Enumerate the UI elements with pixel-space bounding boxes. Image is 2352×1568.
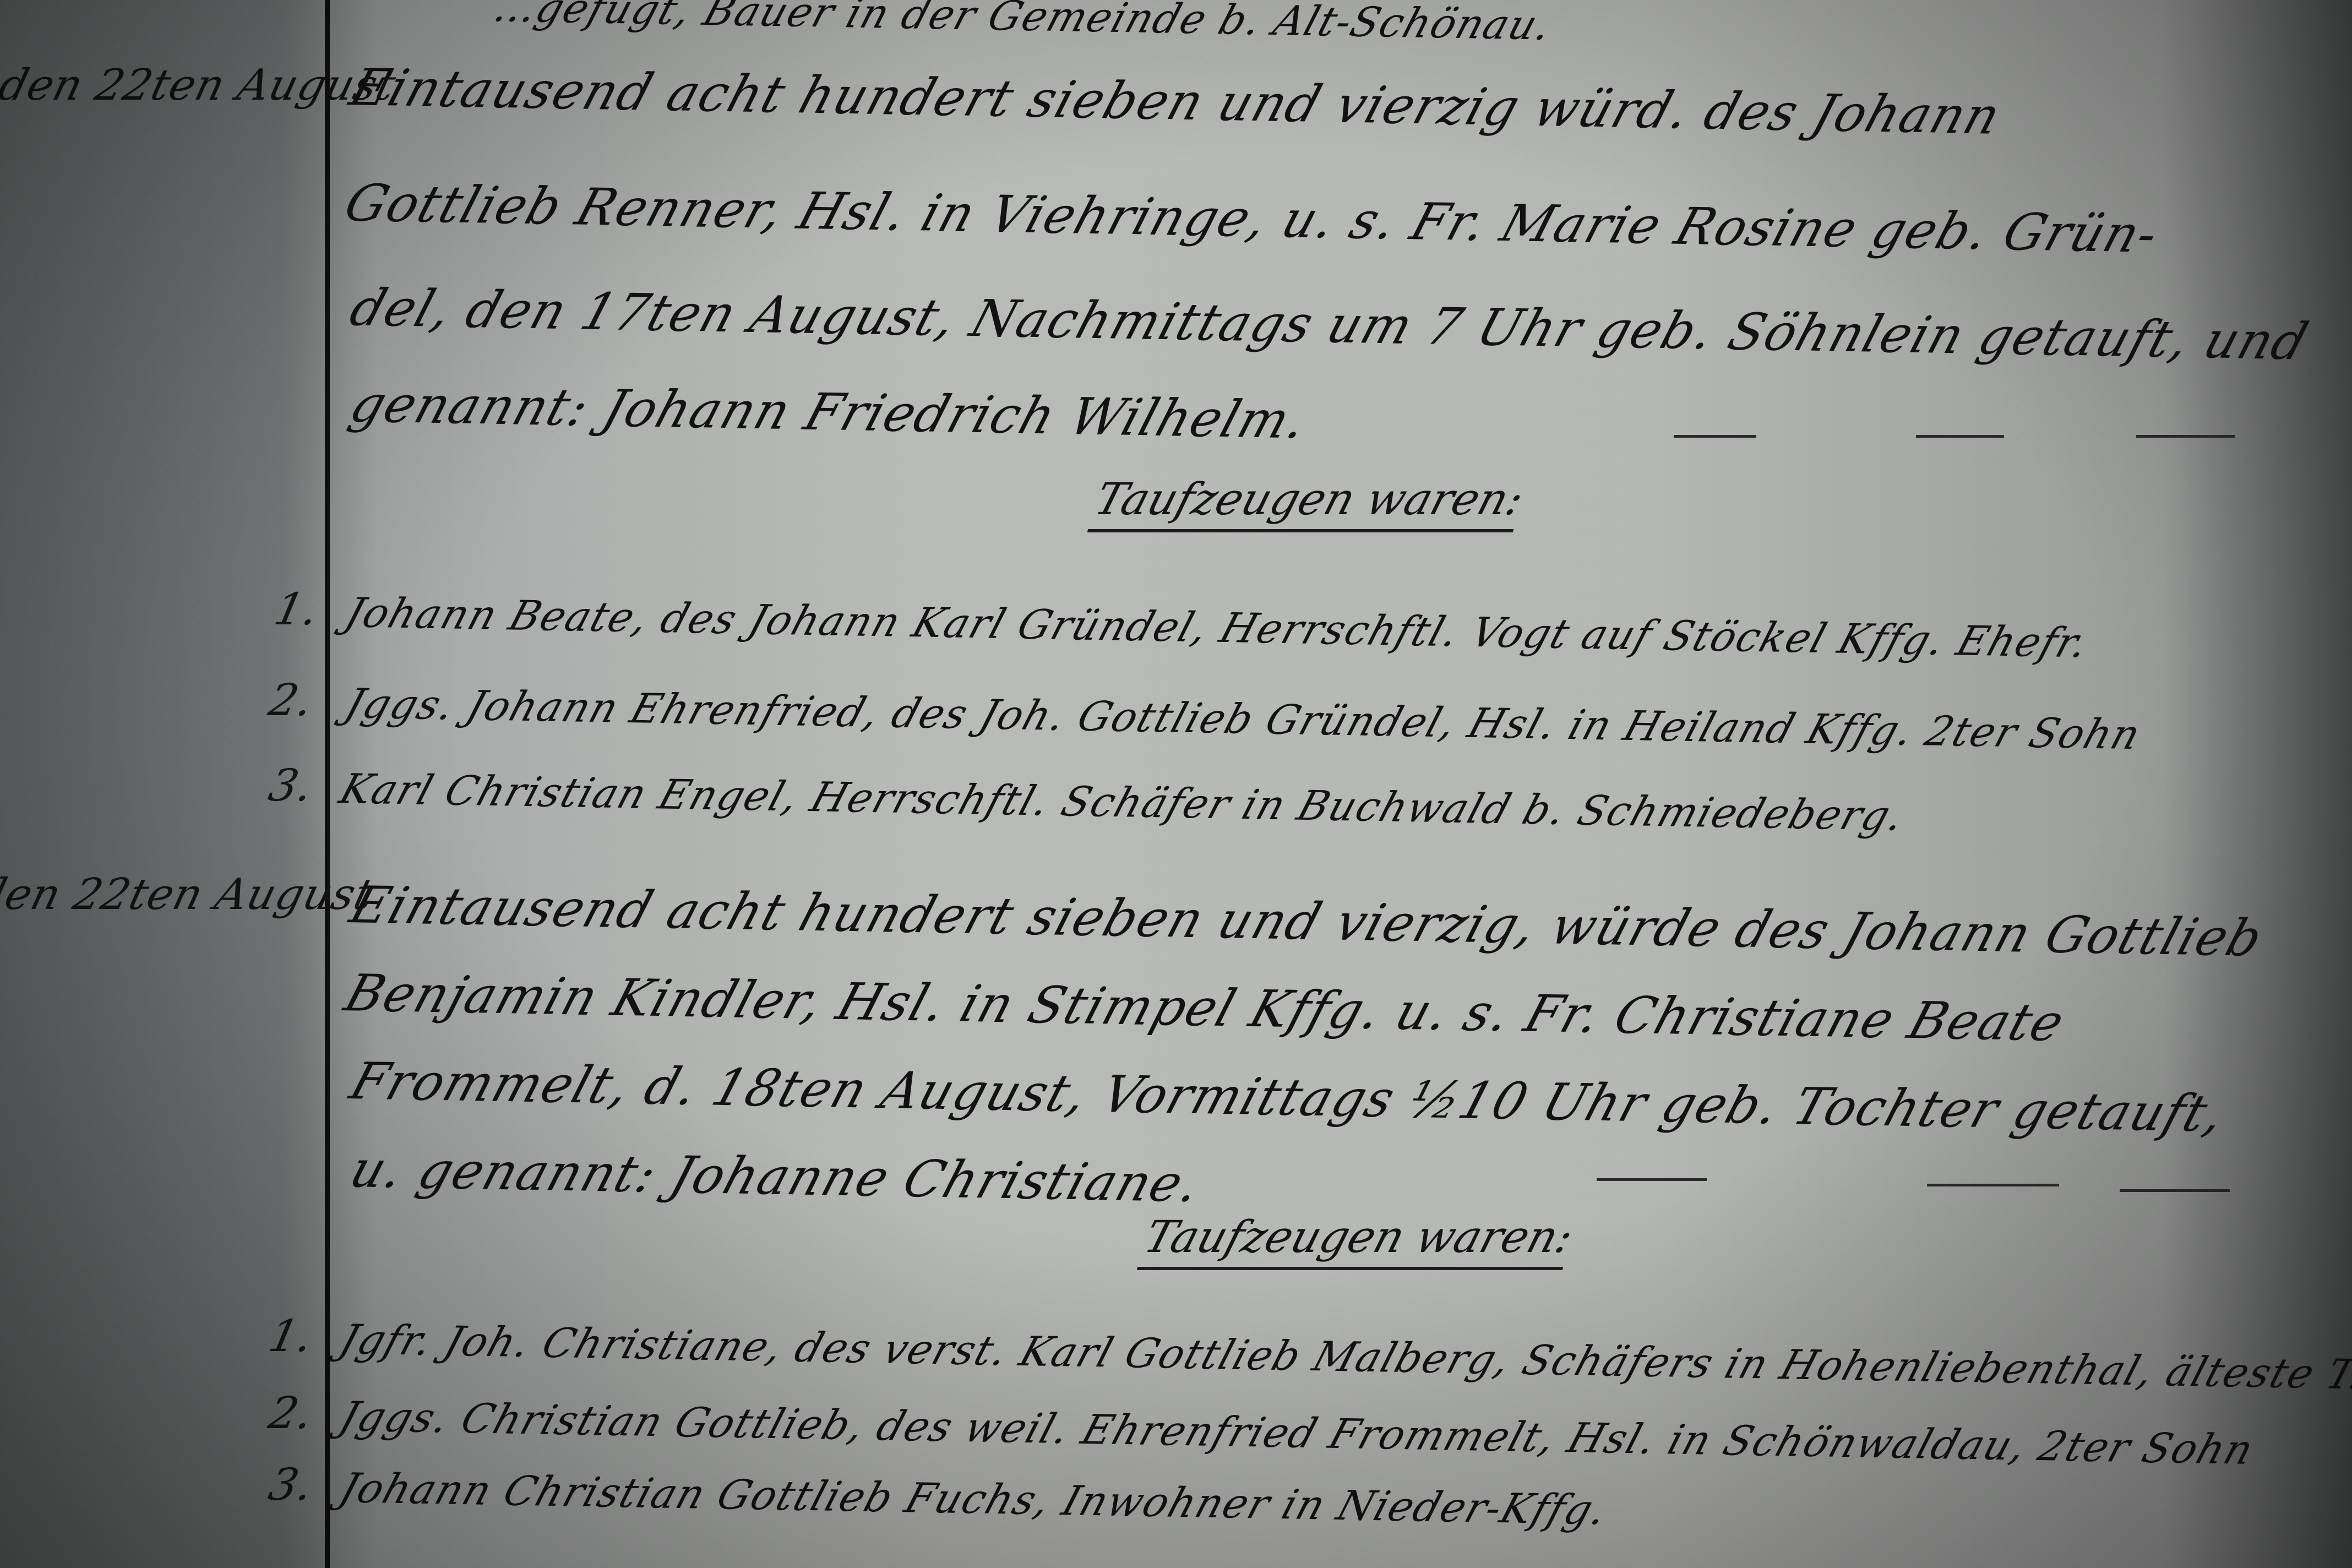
entry-2-witness-heading: Taufzeugen waren:	[1137, 1211, 1579, 1270]
witness-number: 1.	[270, 584, 323, 635]
filler-dash	[1927, 1184, 2059, 1186]
entry-2-line-4: u. genannt: Johanne Christiane.	[344, 1140, 1208, 1213]
entry-2-witness-3: Johann Christian Gottlieb Fuchs, Inwohne…	[334, 1464, 1614, 1534]
entry-2-line-1: Eintausend acht hundert sieben und vierz…	[344, 875, 2271, 968]
entry-1-date: den 22ten August	[0, 61, 401, 110]
entry-1-line-1: Eintausend acht hundert sieben und vierz…	[344, 58, 2008, 145]
entry-1-witness-heading: Taufzeugen waren:	[1087, 473, 1529, 532]
witness-number: 1.	[264, 1310, 317, 1362]
entry-2-line-2: Benjamin Kindler, Hsl. in Stimpel Kffg. …	[338, 963, 2072, 1053]
register-page: …gefügt, Bauer in der Gemeinde b. Alt-Sc…	[0, 0, 2352, 1568]
filler-dash	[1597, 1178, 1707, 1181]
witness-number: 2.	[264, 1387, 317, 1439]
filler-dash	[1916, 435, 2004, 438]
entry-2-date: den 22ten August	[0, 870, 379, 919]
margin-rule-line	[325, 0, 330, 1568]
entry-1-line-2: Gottlieb Renner, Hsl. in Viehringe, u. s…	[338, 173, 2166, 264]
entry-2-witness-2: Jggs. Christian Gottlieb, des weil. Ehre…	[334, 1393, 2260, 1474]
filler-dash	[2136, 435, 2235, 438]
witness-number: 2.	[264, 674, 317, 726]
witness-number: 3.	[264, 760, 317, 811]
entry-2-witness-1: Jgfr. Joh. Christiane, des verst. Karl G…	[334, 1316, 2352, 1398]
filler-dash	[2120, 1189, 2230, 1192]
witness-number: 3.	[264, 1459, 317, 1510]
entry-1-witness-2: Jggs. Johann Ehrenfried, des Joh. Gottli…	[340, 680, 2147, 759]
top-fragment-line: …gefügt, Bauer in der Gemeinde b. Alt-Sc…	[488, 0, 1558, 50]
entry-1-witness-1: Johann Beate, des Johann Karl Gründel, H…	[340, 589, 2094, 667]
entry-1-line-4: genannt: Johann Friedrich Wilhelm.	[344, 374, 1315, 450]
entry-2-line-3: Frommelt, d. 18ten August, Vormittags ½1…	[344, 1052, 2233, 1144]
entry-1-line-3: del, den 17ten August, Nachmittags um 7 …	[344, 278, 2316, 371]
filler-dash	[1674, 435, 1756, 438]
entry-1-witness-3: Karl Christian Engel, Herrschftl. Schäfe…	[334, 765, 1910, 840]
